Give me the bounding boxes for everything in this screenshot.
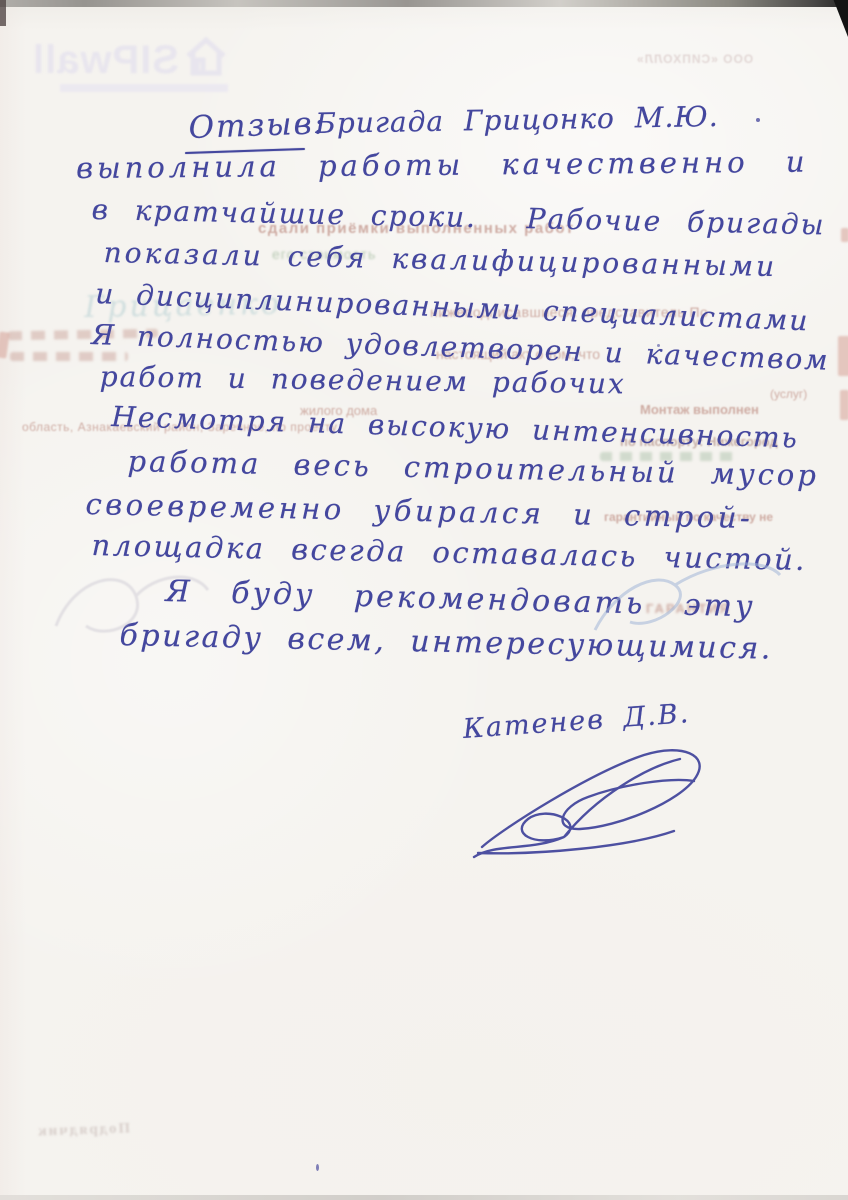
handwriting-line-4: показали себя квалифицированными	[103, 236, 777, 283]
scanned-review-page: SIPwall ООО «СИПХОЛЛ» Подрядчик сдали пр…	[0, 0, 848, 1200]
handwriting-line-10: своевременно убирался и строй-	[85, 487, 753, 535]
logo-row: SIPwall	[28, 36, 228, 80]
scan-corner-mark	[0, 0, 6, 26]
sipwall-logo-bleed: SIPwall	[28, 36, 228, 92]
scan-edge-top	[0, 0, 848, 7]
handwriting-line-2: выполнила работы качественно и	[76, 145, 809, 185]
house-icon	[184, 36, 228, 80]
edge-ink-mark	[840, 390, 848, 420]
logo-tagline-bar	[60, 84, 228, 92]
review-title: Отзыв:	[188, 105, 327, 146]
print-fragment-montazh: Монтаж выполнен	[640, 402, 759, 417]
edge-ink-mark	[0, 331, 10, 358]
print-fragment-uslug: (услуг)	[770, 387, 807, 401]
ink-speck	[756, 118, 760, 122]
handwriting-line-7: работ и поведением рабочих	[100, 360, 626, 400]
logo-text: SIPwall	[32, 40, 179, 80]
signature-bleed-right	[585, 550, 785, 649]
podryadchik-bleed: Подрядчик	[36, 1120, 131, 1140]
edge-ink-mark	[841, 228, 848, 242]
scan-edge-bottom	[0, 1195, 848, 1200]
company-name-bleed: ООО «СИПХОЛЛ»	[636, 52, 753, 66]
handwriting-line-1: Бригада Грицонко М.Ю.	[315, 100, 719, 140]
pencil-swirl-bleed	[46, 556, 216, 650]
edge-ink-mark	[838, 336, 848, 376]
signature-flourish	[468, 735, 723, 864]
ink-speck	[316, 1164, 319, 1171]
ink-speck	[657, 344, 660, 347]
